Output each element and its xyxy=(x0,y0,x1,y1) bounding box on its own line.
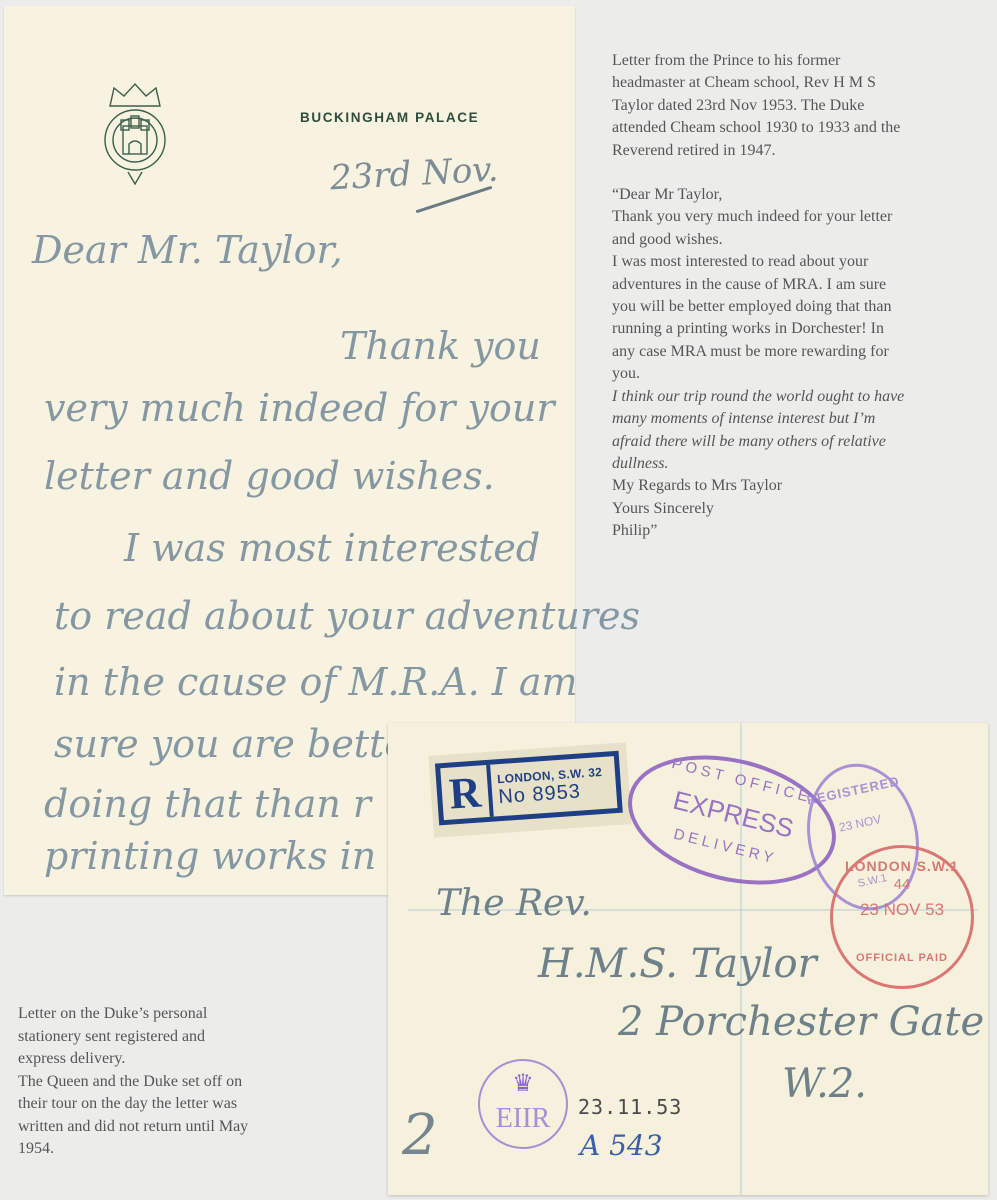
transcript-line: adventures in the cause of MRA. I am sur… xyxy=(612,274,992,296)
handwritten-line: Thank you xyxy=(340,324,541,368)
royal-crest-icon xyxy=(96,80,174,190)
address-line: 2 Porchester Gate xyxy=(618,999,984,1045)
intro-line: headmaster at Cheam school, Rev H M S xyxy=(612,72,992,94)
handwritten-line: doing that than r xyxy=(44,782,371,826)
intro-line: attended Cheam school 1930 to 1933 and t… xyxy=(612,117,992,139)
caption-line: written and did not return until May xyxy=(18,1116,318,1139)
intro-line: Letter from the Prince to his former xyxy=(612,50,992,72)
transcript-line: any case MRA must be more rewarding for xyxy=(612,341,992,363)
handwritten-line: printing works in D xyxy=(44,834,419,878)
envelope-description: Letter on the Duke’s personal stationery… xyxy=(18,1003,318,1161)
stamp-text: REGISTERED xyxy=(801,772,906,808)
address-line: The Rev. xyxy=(436,883,592,924)
royal-cipher-stamp: ♛ EIIR xyxy=(478,1059,568,1149)
address-line: W.2. xyxy=(782,1061,867,1107)
intro-line: Taylor dated 23rd Nov 1953. The Duke xyxy=(612,95,992,117)
handwritten-line: Dear Mr. Taylor, xyxy=(32,228,343,272)
transcript-line: I was most interested to read about your xyxy=(612,251,992,273)
stamp-text: 44 xyxy=(833,876,971,893)
official-paid-postmark: LONDON S.W.1 44 23 NOV 53 OFFICIAL PAID xyxy=(830,845,974,989)
transcript-italic-line: I think our trip round the world ought t… xyxy=(612,386,992,408)
caption-line: Letter on the Duke’s personal xyxy=(18,1003,318,1026)
transcript-italic-line: many moments of intense interest but I’m xyxy=(612,408,992,430)
registration-r: R xyxy=(440,765,494,820)
letterhead: BUCKINGHAM PALACE xyxy=(300,110,479,125)
envelope-date: 23.11.53 xyxy=(578,1095,682,1119)
caption-line: The Queen and the Duke set off on xyxy=(18,1071,318,1094)
caption-line: stationery sent registered and xyxy=(18,1026,318,1049)
transcript-line: you. xyxy=(612,363,992,385)
handwritten-line: I was most interested xyxy=(124,526,540,570)
closing-line: My Regards to Mrs Taylor xyxy=(612,475,992,497)
transcript-line: “Dear Mr Taylor, xyxy=(612,184,992,206)
registration-label: R LONDON, S.W. 32 No 8953 xyxy=(428,742,631,838)
stamp-text: LONDON S.W.1 xyxy=(833,858,971,874)
closing-line: Philip” xyxy=(612,520,992,542)
transcript-italic-line: afraid there will be many others of rela… xyxy=(612,431,992,453)
address-line: H.M.S. Taylor xyxy=(538,941,817,987)
letter-description: Letter from the Prince to his former hea… xyxy=(612,50,992,543)
handwritten-line: letter and good wishes. xyxy=(44,454,495,498)
handwritten-line: in the cause of M.R.A. I am xyxy=(54,660,578,704)
caption-line: express delivery. xyxy=(18,1048,318,1071)
stamp-text: 23 NOV xyxy=(808,806,913,841)
transcript-line: Thank you very much indeed for your lett… xyxy=(612,206,992,228)
closing-line: Yours Sincerely xyxy=(612,498,992,520)
envelope: R LONDON, S.W. 32 No 8953 POST OFFICE EX… xyxy=(388,723,988,1195)
handwritten-line: to read about your adventures xyxy=(54,594,640,638)
stamp-text: 23 NOV 53 xyxy=(833,900,971,920)
crown-icon: ♛ xyxy=(480,1069,566,1098)
transcript-line: you will be better employed doing that t… xyxy=(612,296,992,318)
caption-line: their tour on the day the letter was xyxy=(18,1093,318,1116)
caption-line: 1954. xyxy=(18,1138,318,1161)
handwritten-line: very much indeed for your xyxy=(44,386,555,430)
pencil-mark: 2 xyxy=(402,1103,438,1168)
cipher-text: EIIR xyxy=(480,1103,566,1135)
intro-line: Reverend retired in 1947. xyxy=(612,140,992,162)
transcript-line: and good wishes. xyxy=(612,229,992,251)
reference-number: A 543 xyxy=(580,1129,663,1162)
transcript-italic-line: dullness. xyxy=(612,453,992,475)
stamp-text: OFFICIAL PAID xyxy=(833,952,971,964)
transcript-line: running a printing works in Dorchester! … xyxy=(612,318,992,340)
